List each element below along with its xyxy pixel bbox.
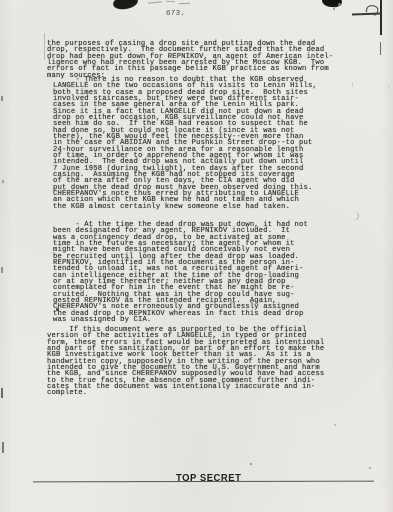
- pencil-scribble: [148, 1, 162, 4]
- page-number: 673.: [166, 10, 185, 18]
- margin-tick: [1, 267, 3, 273]
- scan-speck: [334, 424, 336, 426]
- pencil-scribble: [179, 3, 190, 5]
- paragraph-3-bullet: - At the time the dead drop was put down…: [53, 222, 308, 323]
- scan-speck: [369, 467, 371, 469]
- paragraph-4: If this document were as purported to be…: [47, 327, 324, 397]
- margin-tick: [2, 442, 4, 453]
- scan-speck: [250, 463, 252, 465]
- handwritten-check-mark: [349, 210, 359, 221]
- scan-speck: [338, 3, 341, 6]
- margin-tick: [2, 180, 4, 183]
- classification-stamp: TOP SECRET: [176, 472, 241, 484]
- margin-tick: [1, 96, 3, 101]
- paragraph-2-bullet: - There is no reason to doubt that the K…: [53, 77, 317, 210]
- scan-speck: [388, 85, 389, 89]
- margin-line: [44, 33, 45, 60]
- scan-speck: [352, 82, 353, 87]
- scan-speck: [333, 8, 335, 10]
- paragraph-1: the purposes of casing a drop site and p…: [47, 41, 333, 79]
- ink-smudge-left: [112, 0, 139, 11]
- page-edge-line: [380, 0, 382, 35]
- page-edge-line: [380, 42, 381, 55]
- scanned-document-page: 673. the purposes of casing a drop site …: [0, 0, 393, 512]
- handwritten-mark-top-right: [364, 3, 379, 18]
- pencil-scribble: [166, 1, 175, 3]
- margin-tick: [1, 388, 3, 398]
